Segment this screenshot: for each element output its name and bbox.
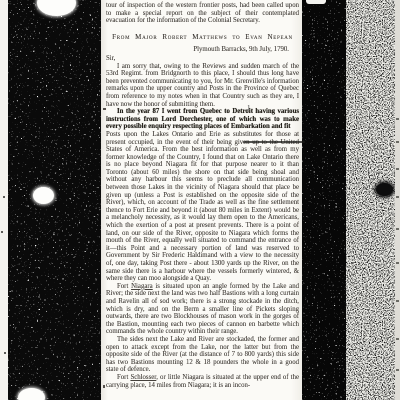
edge-fragment	[396, 168, 399, 170]
film-grain-right	[302, 0, 346, 400]
scanner-band-left	[6, 0, 101, 400]
paragraph-year87: In the year 87 I went from Quebec to Det…	[106, 108, 299, 131]
edge-fragment	[396, 141, 399, 143]
dust-speck	[1, 231, 3, 233]
paragraph-posts: Posts upon the Lakes Ontario and Erie as…	[106, 131, 299, 283]
margin-mark	[103, 385, 105, 388]
dark-blot	[376, 183, 393, 196]
static-noise-texture	[346, 0, 400, 400]
left-edge-strip	[0, 0, 8, 400]
paragraph-lead: Fort	[117, 283, 131, 290]
dust-speck	[3, 196, 5, 198]
page-surface: tour of inspection of the western fronti…	[101, 0, 302, 400]
edge-fragment	[396, 196, 399, 198]
dust-speck	[4, 352, 6, 354]
dateline: Plymouth Barracks, 9th July, 1790.	[106, 46, 299, 54]
continuation-paragraph: tour of inspection of the western fronti…	[106, 2, 299, 25]
paragraph-rest: is situated upon an angle formed by the …	[106, 283, 299, 336]
white-notch	[306, 0, 326, 4]
stray-mark: 1	[247, 104, 251, 112]
edge-fragment	[396, 369, 399, 371]
paragraph-apology: I am sorry that, owing to the Reviews an…	[106, 63, 299, 109]
edge-fragment	[396, 338, 399, 340]
ink-smear	[243, 141, 305, 143]
paragraph-lead: Fort	[117, 374, 130, 381]
paragraph-fort-schlosser: Fort Schlosser, or little Niagara is sit…	[106, 374, 299, 389]
margin-mark	[103, 108, 106, 110]
edge-fragment	[396, 228, 399, 230]
light-leak-blob	[33, 187, 54, 204]
paragraph-fort-niagara: Fort Niagara is situated upon an angle f…	[106, 283, 299, 336]
edge-fragment	[396, 118, 399, 120]
paragraph-sides: The sides next the Lake and River are st…	[106, 336, 299, 374]
underlined-place-name: Schlosser	[130, 374, 156, 381]
salutation: Sir,	[106, 55, 299, 63]
light-leak-blob	[18, 388, 45, 400]
film-grain-left	[6, 0, 101, 400]
underlined-place-name: Niagara	[131, 283, 153, 290]
edge-fragment	[396, 262, 399, 264]
right-edge-strip	[395, 0, 400, 400]
letter-heading: From Major Robert Matthews to Evan Nepea…	[106, 34, 299, 42]
scanned-document-page: tour of inspection of the western fronti…	[0, 0, 400, 400]
edge-fragment	[396, 300, 399, 302]
scanner-band-right	[302, 0, 400, 400]
